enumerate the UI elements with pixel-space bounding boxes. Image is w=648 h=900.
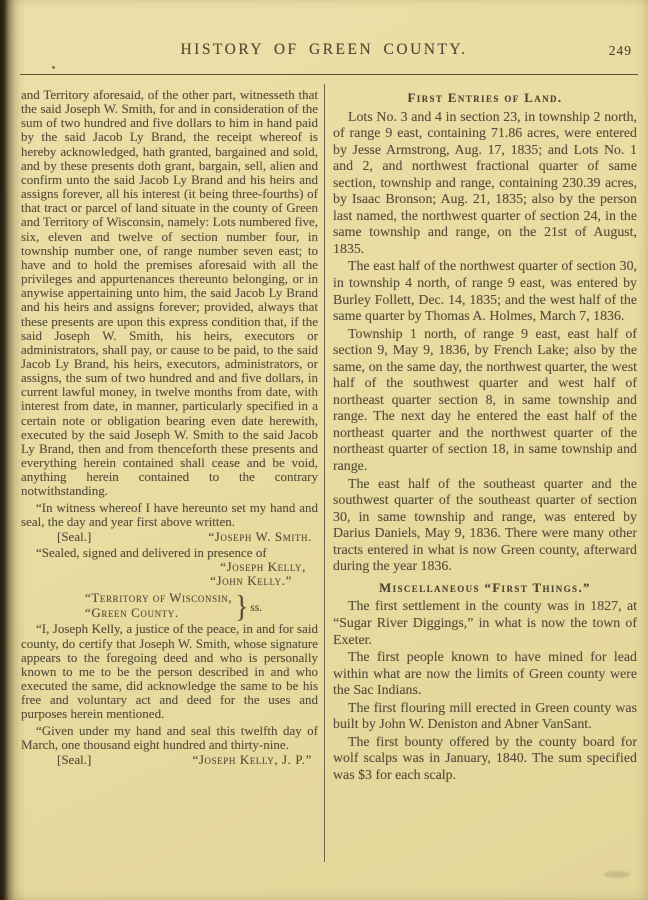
first-things-paragraph: The first settlement in the county was i… [333, 599, 637, 649]
deed-continuation-paragraph: and Territory aforesaid, of the other pa… [21, 88, 318, 499]
jurat-ss-abbreviation: ss. [250, 601, 262, 615]
jurat-venue: “Territory of Wisconsin, “Green County. [85, 591, 232, 620]
signature-joseph-w-smith: “Joseph W. Smith. [208, 530, 312, 544]
signature-row-smith: [Seal.] “Joseph W. Smith. [21, 530, 318, 544]
land-entry-paragraph: The east half of the southeast quarter a… [333, 477, 637, 576]
certification-paragraph: “I, Joseph Kelly, a justice of the peace… [21, 622, 318, 721]
land-entry-paragraph: Lots No. 3 and 4 in section 23, in towns… [333, 110, 637, 259]
jurat-county-line: “Green County. [85, 606, 232, 621]
seal-label: [Seal.] [57, 753, 91, 767]
right-column: First Entries of Land. Lots No. 3 and 4 … [325, 84, 637, 900]
book-page-scan: HISTORY OF GREEN COUNTY. 249 and Territo… [0, 0, 648, 900]
jurat-brace: } [235, 598, 248, 614]
signature-joseph-kelly-jp: “Joseph Kelly, J. P.” [192, 753, 312, 767]
presence-line: “Sealed, signed and delivered in presenc… [21, 546, 318, 560]
seal-label: [Seal.] [57, 530, 91, 544]
given-under-hand-paragraph: “Given under my hand and seal this twelf… [21, 724, 318, 752]
signature-row-kelly: [Seal.] “Joseph Kelly, J. P.” [21, 753, 318, 767]
ink-speck [52, 66, 55, 69]
witness-clause-paragraph: “In witness whereof I have hereunto set … [21, 501, 318, 529]
text-columns: and Territory aforesaid, of the other pa… [21, 84, 637, 900]
first-things-paragraph: The first flouring mill erected in Green… [333, 701, 637, 734]
jurat-territory-line: “Territory of Wisconsin, [85, 591, 232, 606]
first-things-paragraph: The first bounty offered by the county b… [333, 735, 637, 785]
page-number: 249 [609, 43, 632, 59]
witness-name-joseph-kelly: “Joseph Kelly, [21, 560, 318, 574]
land-entry-paragraph: Township 1 north, of range 9 east, east … [333, 327, 637, 476]
left-column: and Territory aforesaid, of the other pa… [21, 84, 318, 900]
jurat-block: “Territory of Wisconsin, “Green County. … [85, 591, 318, 620]
section-heading-first-entries: First Entries of Land. [333, 90, 637, 107]
section-heading-miscellaneous: Miscellaneous “First Things.” [333, 580, 637, 597]
header-rule [20, 74, 638, 75]
paper-smudge [604, 871, 630, 878]
first-things-paragraph: The first people known to have mined for… [333, 650, 637, 700]
book-binding-shadow [0, 0, 26, 900]
witness-name-john-kelly: “John Kelly.” [21, 574, 318, 588]
land-entry-paragraph: The east half of the northwest quarter o… [333, 259, 637, 325]
running-title: HISTORY OF GREEN COUNTY. [0, 41, 648, 59]
